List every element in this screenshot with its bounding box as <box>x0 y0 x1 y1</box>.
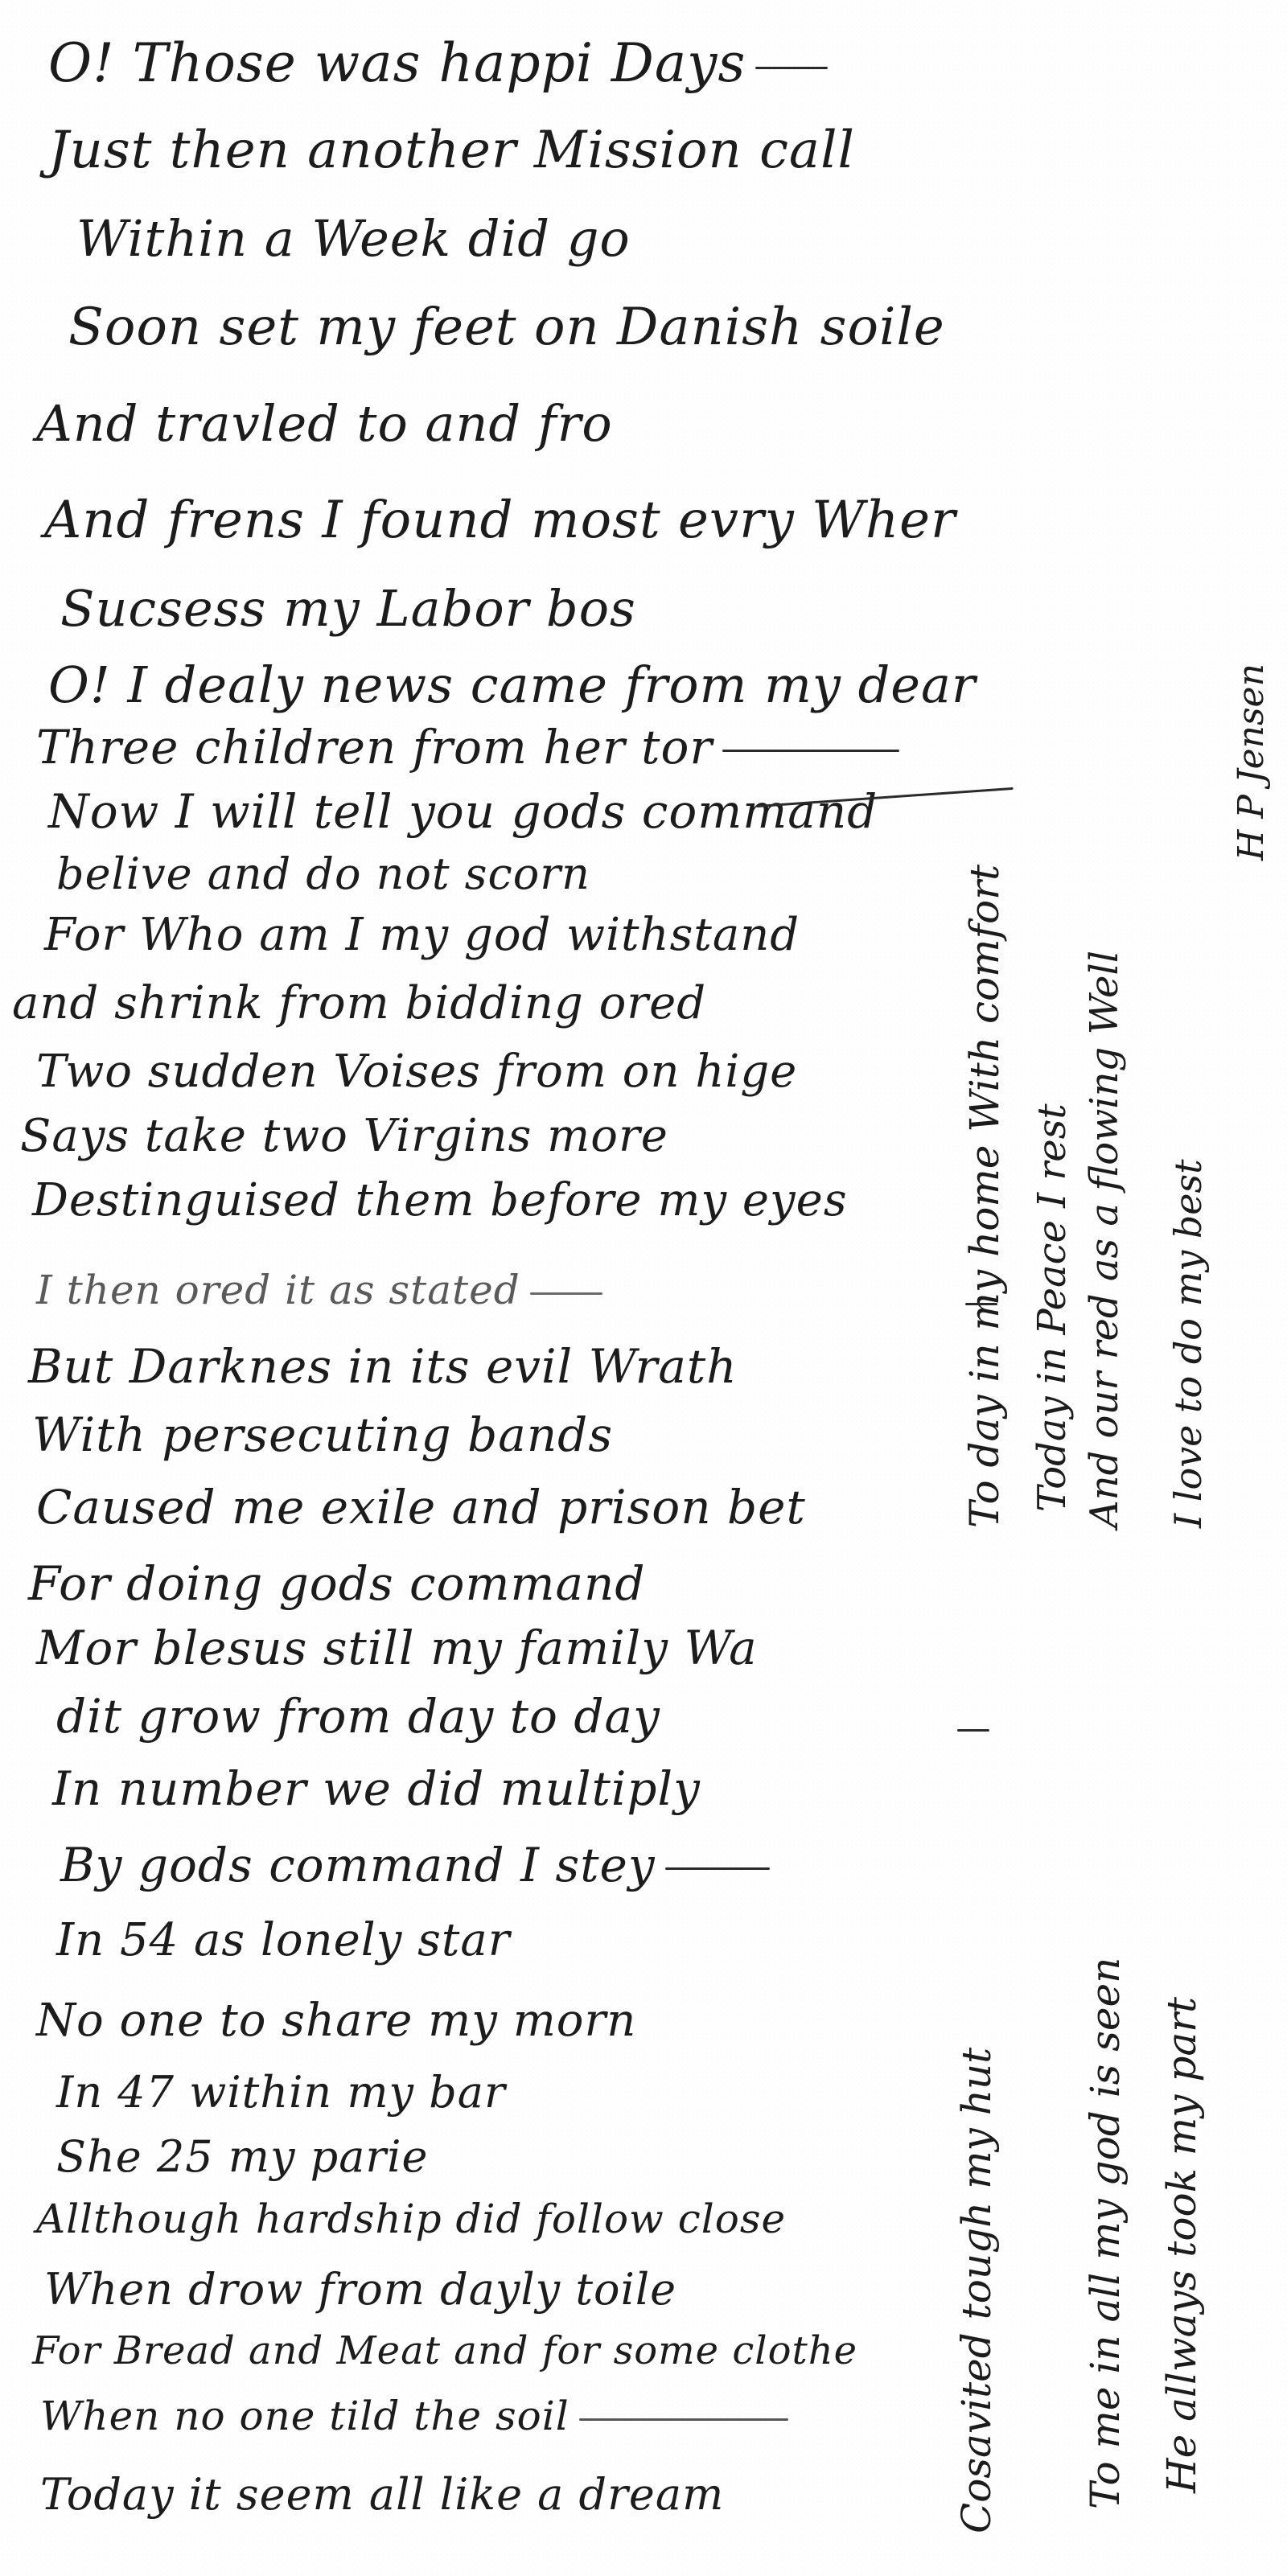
poem-line: For doing gods command <box>28 1556 646 1611</box>
poem-line: Today it seem all like a dream <box>40 2469 724 2520</box>
poem-line: Destinguised them before my eyes <box>32 1174 848 1226</box>
margin-note-text: To day in my home With comfort <box>961 865 1008 1528</box>
poem-line-text: O! I dealy news came from my dear <box>48 655 977 714</box>
poem-line-text: In 54 as lonely star <box>56 1914 511 1966</box>
poem-line-text: Destinguised them before my eyes <box>32 1174 848 1226</box>
bracket-stroke <box>957 1729 989 1732</box>
margin-note-text: Today in Peace I rest <box>1030 1103 1075 1512</box>
poem-line: Two sudden Voises from on hige <box>36 1046 797 1098</box>
poem-line: By gods command I stey <box>60 1838 770 1892</box>
bracket-stroke <box>965 1303 997 1305</box>
poem-line: Three children from her tor <box>36 720 899 774</box>
poem-line: Just then another Mission call <box>48 121 855 180</box>
poem-line: Now I will tell you gods command <box>48 784 878 839</box>
poem-line-text: Today it seem all like a dream <box>40 2469 724 2520</box>
margin-note-text: And our red as a flowing Well <box>1082 951 1127 1528</box>
poem-line-text: In 47 within my bar <box>56 2067 506 2118</box>
poem-line-text: And frens I found most evry Wher <box>44 491 956 550</box>
poem-line-text: By gods command I stey <box>60 1838 656 1892</box>
poem-line-text: Sucsess my Labor bos <box>60 579 636 638</box>
poem-line-text: Three children from her tor <box>36 720 713 774</box>
poem-line: Mor blesus still my family Wa <box>36 1621 758 1675</box>
poem-line-text: But Darknes in its evil Wrath <box>28 1339 738 1394</box>
poem-line: I then ored it as stated <box>36 1267 602 1313</box>
margin-note-text: To me in all my god is seen <box>1082 1958 1129 2509</box>
poem-line-text: Within a Week did go <box>76 209 631 268</box>
poem-line: belive and do not scorn <box>56 848 590 899</box>
poem-line-text: Soon set my feet on Danish soile <box>68 298 945 357</box>
poem-line: and shrink from bidding ored <box>12 977 706 1029</box>
poem-line: When no one tild the soil <box>40 2393 788 2439</box>
poem-line: No one to share my morn <box>36 1995 636 2047</box>
poem-line-text: Just then another Mission call <box>48 121 855 180</box>
poem-line: O! I dealy news came from my dear <box>48 655 977 714</box>
poem-line-text: For doing gods command <box>28 1556 646 1611</box>
line-dash <box>530 1292 602 1295</box>
poem-line: Caused me exile and prison bet <box>36 1480 806 1535</box>
poem-line-text: In number we did multiply <box>52 1761 701 1816</box>
line-dash <box>722 750 899 752</box>
margin-note-signature: H P Jensen <box>1231 664 1272 861</box>
poem-line-text: No one to share my morn <box>36 1995 636 2047</box>
poem-line: Within a Week did go <box>76 209 631 268</box>
poem-line-text: I then ored it as stated <box>36 1267 520 1313</box>
poem-line: For Bread and Meat and for some clothe <box>32 2328 857 2373</box>
poem-line-text: For Who am I my god withstand <box>44 909 800 961</box>
poem-line: And travled to and fro <box>36 394 613 453</box>
margin-note-text: Cosavited tough my hut <box>953 2048 1000 2533</box>
margin-note-upper: To day in my home With comfort <box>961 865 1008 1528</box>
line-dash <box>579 2418 788 2421</box>
poem-line: In 54 as lonely star <box>56 1914 511 1966</box>
poem-line-text: For Bread and Meat and for some clothe <box>32 2328 857 2373</box>
margin-note-lower: He allways took my part <box>1158 1997 1205 2493</box>
poem-line: In 47 within my bar <box>56 2067 506 2118</box>
poem-line: In number we did multiply <box>52 1761 701 1816</box>
poem-line: She 25 my parie <box>56 2131 428 2182</box>
margin-note-lower: Cosavited tough my hut <box>953 2048 1000 2533</box>
margin-note-upper: Today in Peace I rest <box>1030 1103 1075 1512</box>
poem-line: With persecuting bands <box>32 1407 613 1462</box>
poem-line-text: Says take two Virgins more <box>20 1110 668 1162</box>
poem-line-text: She 25 my parie <box>56 2131 428 2182</box>
margin-note-upper: I love to do my best <box>1166 1159 1210 1528</box>
margin-note-text: I love to do my best <box>1166 1159 1210 1528</box>
poem-line-text: Mor blesus still my family Wa <box>36 1621 758 1675</box>
poem-line-text: Now I will tell you gods command <box>48 784 878 839</box>
margin-note-upper: And our red as a flowing Well <box>1082 951 1127 1528</box>
poem-line-text: Allthough hardship did follow close <box>36 2196 786 2242</box>
poem-line: O! Those was happi Days <box>48 32 828 94</box>
line-dash <box>665 1867 770 1870</box>
poem-line-text: belive and do not scorn <box>56 848 590 899</box>
manuscript-page: O! Those was happi Days Just then anothe… <box>0 0 1287 2576</box>
poem-line: When drow from dayly toile <box>44 2264 676 2315</box>
margin-note-text: He allways took my part <box>1158 1997 1205 2493</box>
poem-line-text: With persecuting bands <box>32 1407 613 1462</box>
poem-line: For Who am I my god withstand <box>44 909 800 961</box>
poem-line-text: When drow from dayly toile <box>44 2264 676 2315</box>
poem-line: Soon set my feet on Danish soile <box>68 298 945 357</box>
poem-line-text: and shrink from bidding ored <box>12 977 706 1029</box>
poem-line: Says take two Virgins more <box>20 1110 668 1162</box>
poem-line-text: Two sudden Voises from on hige <box>36 1046 797 1098</box>
poem-line-text: O! Those was happi Days <box>48 32 746 94</box>
poem-line-text: Caused me exile and prison bet <box>36 1480 806 1535</box>
poem-line: But Darknes in its evil Wrath <box>28 1339 738 1394</box>
margin-note-lower: To me in all my god is seen <box>1082 1958 1129 2509</box>
signature-text: H P Jensen <box>1231 664 1272 861</box>
poem-line-text: dit grow from day to day <box>56 1689 660 1744</box>
line-dash <box>755 67 828 69</box>
poem-line-text: When no one tild the soil <box>40 2393 569 2439</box>
poem-line: Sucsess my Labor bos <box>60 579 636 638</box>
poem-line: And frens I found most evry Wher <box>44 491 956 550</box>
poem-line: dit grow from day to day <box>56 1689 660 1744</box>
poem-line: Allthough hardship did follow close <box>36 2196 786 2242</box>
poem-line-text: And travled to and fro <box>36 394 613 453</box>
